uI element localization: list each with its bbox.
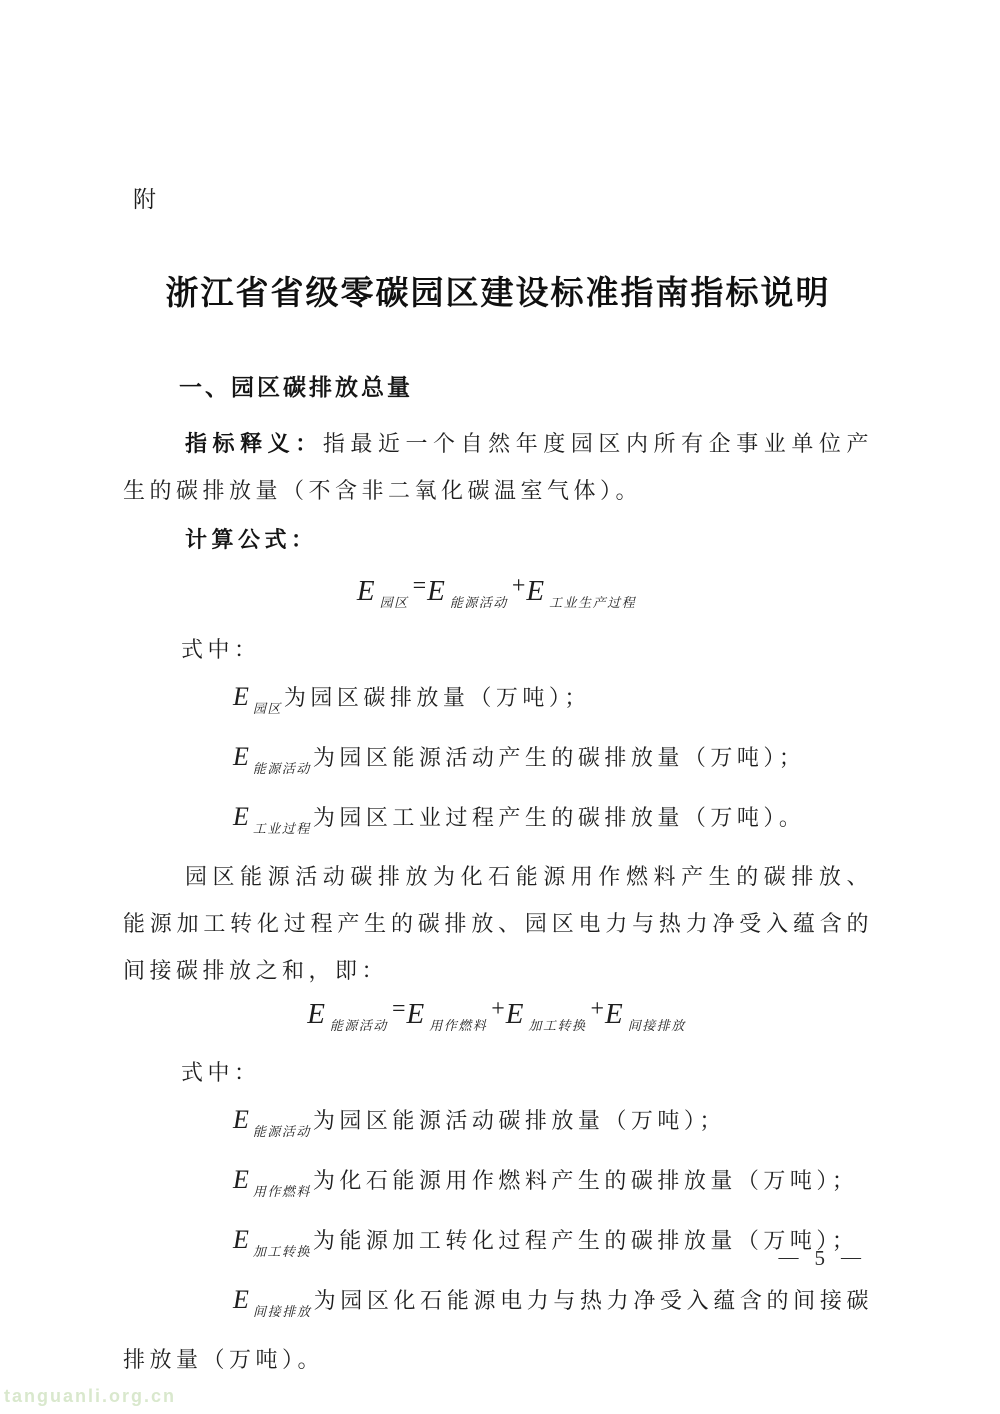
symbol-definition-row: E用作燃料为化石能源用作燃料产生的碳排放量（万吨）； <box>123 1156 873 1216</box>
formula-term-e: E <box>506 998 524 1030</box>
formula-subscript: 加工转换 <box>528 1018 586 1033</box>
symbol-definition-text: 为园区能源活动碳排放量（万吨）； <box>313 1108 726 1133</box>
calc-formula-label-text: 计算公式： <box>185 527 318 552</box>
symbol-definition-row: E工业过程为园区工业过程产生的碳排放量（万吨）。 <box>123 793 873 853</box>
formula-term-e: E <box>233 742 249 771</box>
formula-subscript: 工业过程 <box>253 821 311 836</box>
formula-subscript: 间接排放 <box>628 1018 686 1033</box>
symbol-definition-row: E间接排放为园区化石能源电力与热力净受入蕴含的间接碳排放量（万吨）。 <box>123 1276 873 1384</box>
formula-term-e: E <box>233 1105 249 1134</box>
indicator-definition-label: 指标释义： <box>185 431 323 456</box>
symbol-definition-row: E园区为园区碳排放量（万吨）； <box>123 673 873 733</box>
watermark-tanguanli: tanguanli.org.cn <box>4 1386 176 1407</box>
paragraph-energy-activity: 园区能源活动碳排放为化石能源用作燃料产生的碳排放、能源加工转化过程产生的碳排放、… <box>123 853 873 994</box>
formula-subscript: 能源活动 <box>253 1124 311 1139</box>
symbol-definition-text: 为化石能源用作燃料产生的碳排放量（万吨）； <box>313 1168 859 1193</box>
formula-subscript: 园区 <box>380 595 409 610</box>
formula-subscript: 间接排放 <box>253 1304 312 1319</box>
formula-subscript: 园区 <box>253 701 282 716</box>
attachment-label: 附 <box>133 186 873 214</box>
formula-operator: = <box>392 996 406 1022</box>
formula-subscript: 用作燃料 <box>253 1184 311 1199</box>
page-number: —5— <box>763 1246 878 1271</box>
symbol-definition-row: E能源活动为园区能源活动碳排放量（万吨）； <box>123 1096 873 1156</box>
formula-subscript: 用作燃料 <box>429 1018 487 1033</box>
formula-term-e: E <box>427 575 445 607</box>
paragraph-indicator-definition: 指标释义：指最近一个自然年度园区内所有企事业单位产生的碳排放量（不含非二氧化碳温… <box>123 420 873 514</box>
formula-subscript: 工业生产过程 <box>549 595 636 610</box>
calc-formula-label: 计算公式： <box>123 516 873 563</box>
formula-subscript: 能源活动 <box>253 761 311 776</box>
symbol-definition-text: 为园区工业过程产生的碳排放量（万吨）。 <box>313 805 806 830</box>
formula-subscript: 能源活动 <box>450 595 508 610</box>
page-title: 浙江省省级零碳园区建设标准指南指标说明 <box>123 272 873 314</box>
formula-subscript: 加工转换 <box>253 1244 311 1259</box>
formula-term-e: E <box>605 998 623 1030</box>
formula-subscript: 能源活动 <box>330 1018 388 1033</box>
where-label: 式中： <box>123 626 873 673</box>
document-content: 附 浙江省省级零碳园区建设标准指南指标说明 一、园区碳排放总量 指标释义：指最近… <box>0 0 1000 1384</box>
page-number-value: 5 <box>815 1246 826 1270</box>
formula-park-total-emissions: E园区=E能源活动+E工业生产过程 <box>123 563 873 626</box>
formula-term-e: E <box>406 998 424 1030</box>
where-label: 式中： <box>123 1049 873 1096</box>
formula-term-e: E <box>357 575 375 607</box>
document-page: 附 浙江省省级零碳园区建设标准指南指标说明 一、园区碳排放总量 指标释义：指最近… <box>0 0 1000 1414</box>
formula-term-e: E <box>233 682 249 711</box>
symbol-definition-row: E能源活动为园区能源活动产生的碳排放量（万吨）； <box>123 733 873 793</box>
symbol-definition-text: 为园区碳排放量（万吨）； <box>284 685 591 710</box>
symbol-definition-row: E加工转换为能源加工转化过程产生的碳排放量（万吨）； <box>123 1216 873 1276</box>
section-heading: 一、园区碳排放总量 <box>179 372 873 402</box>
formula-operator: = <box>413 573 427 599</box>
page-number-dash: — <box>841 1246 861 1268</box>
page-number-dash: — <box>779 1246 799 1268</box>
formula-term-e: E <box>233 1225 249 1254</box>
formula-term-e: E <box>233 1285 249 1314</box>
symbol-definition-text: 为园区能源活动产生的碳排放量（万吨）； <box>313 745 806 770</box>
formula-operator: + <box>512 573 526 599</box>
formula-term-e: E <box>307 998 325 1030</box>
formula-term-e: E <box>233 1165 249 1194</box>
formula-operator: + <box>491 996 505 1022</box>
formula-energy-activity-emissions: E能源活动=E用作燃料+E加工转换+E间接排放 <box>123 986 873 1049</box>
formula-term-e: E <box>526 575 544 607</box>
formula-operator: + <box>591 996 605 1022</box>
formula-term-e: E <box>233 802 249 831</box>
